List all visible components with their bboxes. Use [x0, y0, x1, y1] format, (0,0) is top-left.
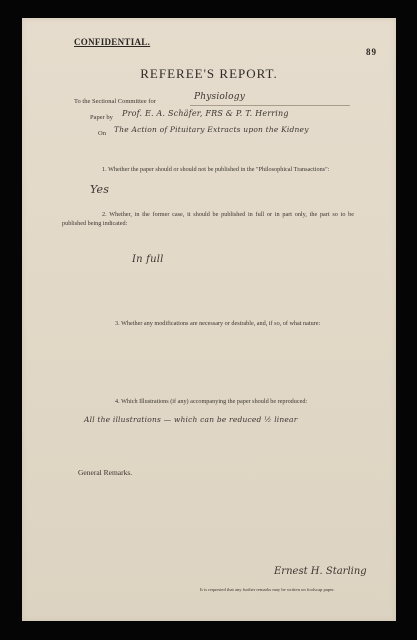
question-1-text: Whether the paper should or should not b…	[108, 166, 329, 173]
question-3: 3. Whether any modifications are necessa…	[115, 320, 375, 329]
page-title: REFEREE'S REPORT.	[22, 66, 396, 82]
committee-value: Physiology	[194, 92, 245, 102]
paper-by-value: Prof. E. A. Schäfer, FRS & P. T. Herring	[122, 109, 289, 118]
referee-signature: Ernest H. Starling	[274, 566, 367, 577]
answer-1: Yes	[90, 183, 109, 196]
subject-label: On	[98, 130, 106, 137]
question-2-number: 2.	[102, 211, 107, 218]
question-2: 2. Whether, in the former case, it shoul…	[62, 211, 354, 228]
committee-rule	[190, 105, 350, 106]
confidential-label: CONFIDENTIAL.	[74, 37, 150, 47]
committee-label: To the Sectional Committee for	[74, 98, 156, 105]
question-4: 4. Which Illustrations (if any) accompan…	[115, 398, 375, 407]
referee-report-page: CONFIDENTIAL. 89 REFEREE'S REPORT. To th…	[22, 18, 396, 621]
question-4-number: 4.	[115, 398, 120, 405]
footer-note: It is requested that any further remarks…	[200, 587, 335, 592]
question-4-text: Which Illustrations (if any) accompanyin…	[121, 398, 307, 405]
answer-4: All the illustrations — which can be red…	[84, 415, 298, 424]
answer-2: In full	[132, 254, 164, 265]
paper-by-label: Paper by	[90, 114, 113, 121]
folio-number: 89	[366, 47, 377, 57]
question-1: 1. Whether the paper should or should no…	[62, 166, 354, 175]
question-1-number: 1.	[102, 166, 107, 173]
question-3-number: 3.	[115, 320, 120, 327]
general-remarks-label: General Remarks.	[78, 468, 132, 477]
question-3-text: Whether any modifications are necessary …	[121, 320, 320, 327]
subject-value: The Action of Pituitary Extracts upon th…	[114, 125, 309, 134]
